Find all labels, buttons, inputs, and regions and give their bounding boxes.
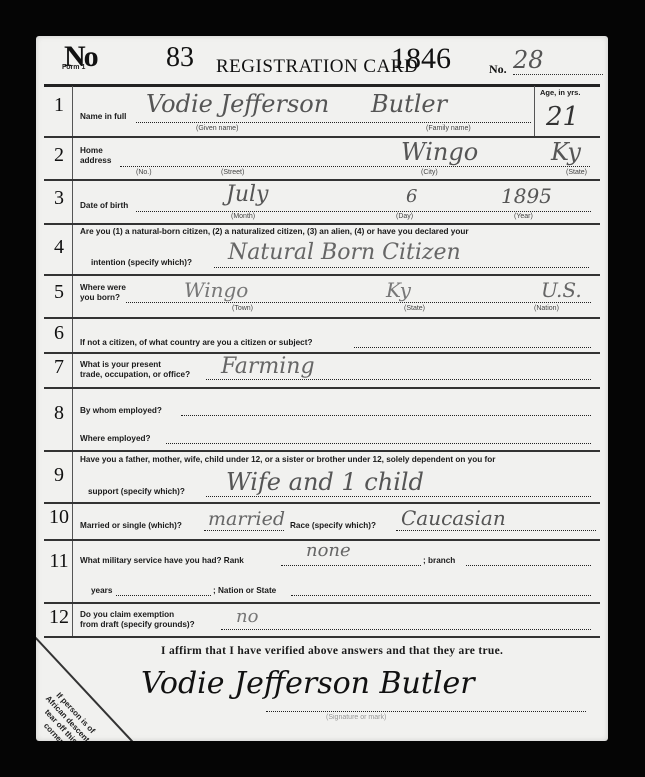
date-of-birth-label: Date of birth — [80, 201, 128, 211]
nation-state-label: ; Nation or State — [213, 586, 276, 596]
dependents-label: support (specify which)? — [88, 487, 185, 497]
name-label: Name in full — [80, 112, 126, 122]
rank-line — [281, 565, 421, 566]
foreign-citizenship-line — [354, 347, 591, 348]
race-label: Race (specify which)? — [290, 521, 376, 531]
age-box-divider — [534, 86, 535, 136]
date-of-birth-line — [136, 211, 591, 212]
name-line — [136, 122, 531, 123]
row-number-6: 6 — [46, 322, 72, 345]
row-number-5: 5 — [46, 281, 72, 304]
birth-day-value: 6 — [406, 186, 417, 207]
no-caption: (No.) — [136, 169, 152, 176]
signature-caption: (Signature or mark) — [326, 714, 386, 721]
row-divider — [44, 602, 600, 604]
birthplace-line — [126, 302, 591, 303]
rank-value: none — [306, 540, 351, 561]
occupation-label-2: trade, occupation, or office? — [80, 370, 190, 380]
state-value: Ky — [551, 138, 581, 166]
marital-status-value: married — [208, 508, 285, 530]
nation-state-line — [291, 595, 591, 596]
home-address-label-2: address — [80, 156, 111, 166]
city-value: Wingo — [401, 138, 478, 166]
branch-label: ; branch — [423, 556, 455, 566]
years-line — [116, 595, 211, 596]
row-divider — [44, 387, 600, 389]
corner-note: If person is of African descent, tear of… — [36, 666, 120, 741]
signature-line — [266, 711, 586, 712]
row-divider — [44, 317, 600, 319]
occupation-label-1: What is your present — [80, 360, 161, 370]
tear-off-corner: If person is of African descent, tear of… — [36, 626, 141, 741]
birth-year-value: 1895 — [501, 184, 552, 208]
row-number-3: 3 — [46, 187, 72, 210]
order-number: 28 — [513, 46, 603, 75]
birthplace-label-1: Where were — [80, 283, 126, 293]
age-label: Age, in yrs. — [540, 88, 580, 98]
row-number-8: 8 — [46, 402, 72, 425]
age-value: 21 — [546, 102, 579, 132]
row-number-9: 9 — [46, 464, 72, 487]
dependents-question: Have you a father, mother, wife, child u… — [80, 455, 495, 465]
dependents-line — [206, 496, 591, 497]
birthplace-label-2: you born? — [80, 293, 120, 303]
city-caption: (City) — [421, 169, 438, 176]
exemption-value: no — [236, 606, 258, 627]
given-name-caption: (Given name) — [196, 125, 238, 132]
row-number-2: 2 — [46, 144, 72, 167]
year-caption: (Year) — [514, 213, 533, 220]
stamped-number: 1846 — [391, 42, 451, 76]
signature: Vodie Jefferson Butler — [141, 666, 475, 701]
citizenship-line — [214, 267, 589, 268]
row-number-4: 4 — [46, 236, 72, 259]
exemption-label-1: Do you claim exemption — [80, 610, 174, 620]
row-number-11: 11 — [46, 550, 72, 573]
row-divider — [44, 179, 600, 181]
race-line — [396, 530, 596, 531]
family-name-caption: (Family name) — [426, 125, 471, 132]
citizenship-question: Are you (1) a natural-born citizen, (2) … — [80, 227, 469, 237]
family-name-value: Butler — [371, 90, 447, 118]
years-label: years — [91, 586, 112, 596]
row-number-10: 10 — [46, 506, 72, 529]
citizenship-label: intention (specify which)? — [91, 258, 192, 268]
header-divider — [44, 84, 600, 87]
row-divider — [44, 223, 600, 225]
month-caption: (Month) — [231, 213, 255, 220]
given-name-value: Vodie Jefferson — [146, 90, 329, 118]
marital-status-label: Married or single (which)? — [80, 521, 182, 531]
birth-nation-value: U.S. — [541, 278, 582, 302]
race-value: Caucasian — [401, 506, 506, 530]
birth-month-value: July — [226, 182, 268, 207]
day-caption: (Day) — [396, 213, 413, 220]
occupation-line — [206, 379, 591, 380]
birth-state-value: Ky — [386, 278, 411, 302]
serial-number: 83 — [166, 42, 194, 74]
employer-line — [181, 415, 591, 416]
employment-place-label: Where employed? — [80, 434, 151, 444]
exemption-line — [221, 629, 591, 630]
dependents-value: Wife and 1 child — [226, 468, 424, 496]
row-divider — [44, 274, 600, 276]
affirmation-text: I affirm that I have verified above answ… — [161, 645, 503, 657]
employer-label: By whom employed? — [80, 406, 162, 416]
nation-caption: (Nation) — [534, 305, 559, 312]
row-divider — [44, 502, 600, 504]
form-label: Form 1 — [62, 64, 85, 71]
home-address-line — [120, 166, 590, 167]
row-number-7: 7 — [46, 356, 72, 379]
town-caption: (Town) — [232, 305, 253, 312]
marital-status-line — [204, 530, 284, 531]
number-column-divider — [72, 86, 73, 636]
foreign-citizenship-label: If not a citizen, of what country are yo… — [80, 338, 312, 348]
birth-town-value: Wingo — [184, 278, 248, 302]
order-number-label: No. — [489, 62, 507, 77]
row-number-1: 1 — [46, 94, 72, 117]
card-title: REGISTRATION CARD — [216, 56, 418, 78]
registration-card: No Form 1 83 REGISTRATION CARD 1846 No. … — [36, 36, 608, 741]
citizenship-value: Natural Born Citizen — [228, 240, 461, 265]
military-service-label: What military service have you had? Rank — [80, 556, 244, 566]
row-divider — [44, 352, 600, 354]
employment-place-line — [166, 443, 591, 444]
branch-line — [466, 565, 591, 566]
row-divider — [44, 450, 600, 452]
street-caption: (Street) — [221, 169, 244, 176]
state-caption: (State) — [566, 169, 587, 176]
home-address-label-1: Home — [80, 146, 103, 156]
occupation-value: Farming — [221, 354, 315, 379]
state-caption-5: (State) — [404, 305, 425, 312]
row-divider — [44, 136, 600, 138]
